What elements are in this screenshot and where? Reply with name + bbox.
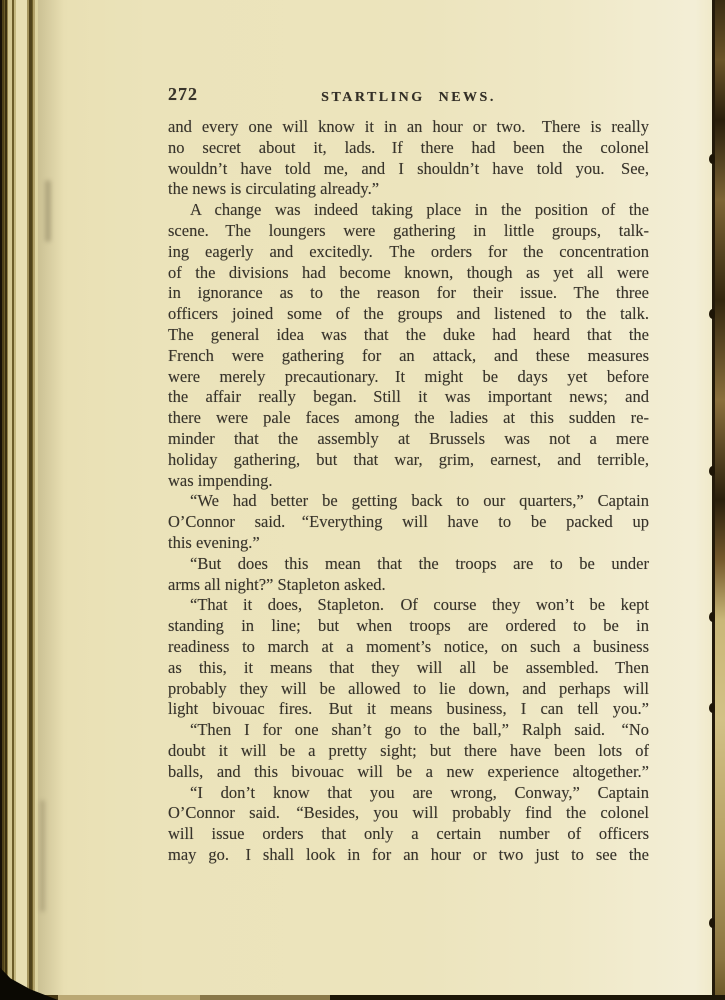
text-line: this evening.”	[168, 533, 649, 554]
text-line: “We had better be getting back to our qu…	[168, 491, 649, 512]
paragraph: “We had better be getting back to our qu…	[168, 491, 649, 553]
paragraph: “But does this mean that the troops are …	[168, 554, 649, 596]
text-line: and every one will know it in an hour or…	[168, 117, 649, 138]
page-number: 272	[168, 84, 198, 105]
text-line: wouldn’t have told me, and I shouldn’t h…	[168, 159, 649, 180]
book-page: { "colors": { "paper": "#ece4bd", "ink":…	[0, 0, 725, 1000]
text-line: “I don’t know that you are wrong, Conway…	[168, 783, 649, 804]
text-line: will issue orders that only a certain nu…	[168, 824, 649, 845]
text-line: as this, it means that they will all be …	[168, 658, 649, 679]
paragraph: “I don’t know that you are wrong, Conway…	[168, 783, 649, 866]
text-line: readiness to march at a moment’s notice,…	[168, 637, 649, 658]
text-line: doubt it will be a pretty sight; but the…	[168, 741, 649, 762]
paper-smudge	[40, 800, 45, 912]
text-line: of the divisions had become known, thoug…	[168, 263, 649, 284]
edge-mark	[709, 918, 715, 928]
paper-smudge	[45, 180, 51, 242]
paragraph: and every one will know it in an hour or…	[168, 117, 649, 200]
text-line: “But does this mean that the troops are …	[168, 554, 649, 575]
bottom-page-edge	[0, 995, 725, 1000]
text-line: the affair really began. Still it was im…	[168, 387, 649, 408]
paragraph: A change was indeed taking place in the …	[168, 200, 649, 491]
right-page-edge	[712, 0, 725, 1000]
edge-mark	[709, 703, 715, 713]
printed-text-block: 272 STARTLING NEWS. and every one will k…	[168, 84, 649, 866]
paragraph: “Then I for one shan’t go to the ball,” …	[168, 720, 649, 782]
text-line: holiday gathering, but that war, grim, e…	[168, 450, 649, 471]
edge-mark	[709, 466, 715, 476]
text-line: were merely precautionary. It might be d…	[168, 367, 649, 388]
text-line: ing eagerly and excitedly. The orders fo…	[168, 242, 649, 263]
text-line: may go. I shall look in for an hour or t…	[168, 845, 649, 866]
text-line: O’Connor said. “Everything will have to …	[168, 512, 649, 533]
header-title: STARTLING NEWS.	[168, 84, 649, 109]
text-line: minder that the assembly at Brussels was…	[168, 429, 649, 450]
text-line: balls, and this bivouac will be a new ex…	[168, 762, 649, 783]
text-line: there were pale faces among the ladies a…	[168, 408, 649, 429]
text-line: French were gathering for an attack, and…	[168, 346, 649, 367]
text-line: arms all night?” Stapleton asked.	[168, 575, 649, 596]
edge-mark	[709, 612, 715, 622]
text-line: The general idea was that the duke had h…	[168, 325, 649, 346]
text-line: “That it does, Stapleton. Of course they…	[168, 595, 649, 616]
running-header: 272 STARTLING NEWS.	[168, 84, 649, 106]
text-line: was impending.	[168, 471, 649, 492]
text-line: standing in line; but when troops are or…	[168, 616, 649, 637]
text-line: the news is circulating already.”	[168, 179, 649, 200]
text-line: A change was indeed taking place in the …	[168, 200, 649, 221]
text-line: light bivouac fires. But it means busine…	[168, 699, 649, 720]
text-line: probably they will be allowed to lie dow…	[168, 679, 649, 700]
paragraph: “That it does, Stapleton. Of course they…	[168, 595, 649, 720]
text-line: no secret about it, lads. If there had b…	[168, 138, 649, 159]
text-line: in ignorance as to the reason for their …	[168, 283, 649, 304]
edge-mark	[709, 309, 715, 319]
text-line: officers joined some of the groups and l…	[168, 304, 649, 325]
text-line: O’Connor said. “Besides, you will probab…	[168, 803, 649, 824]
text-line: “Then I for one shan’t go to the ball,” …	[168, 720, 649, 741]
text-line: scene. The loungers were gathering in li…	[168, 221, 649, 242]
left-binding-page-edges	[0, 0, 38, 1000]
edge-mark	[709, 154, 715, 164]
